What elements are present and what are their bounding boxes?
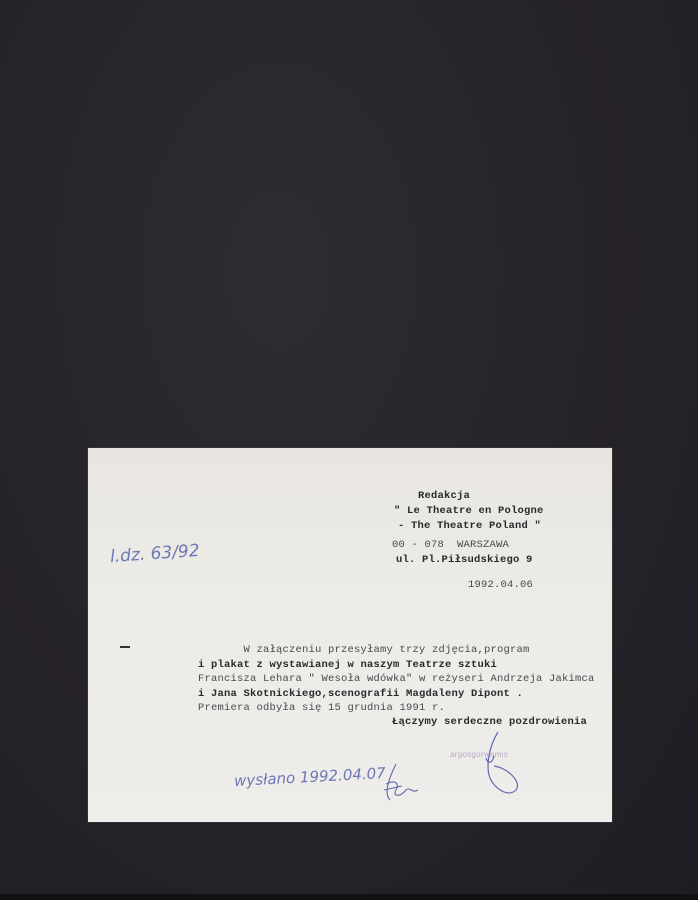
- body-line-1: W załączeniu przesyłamy trzy zdjęcia,pro…: [198, 644, 530, 657]
- recipient-line-5: ul. Pl.Piłsudskiego 9: [396, 554, 533, 567]
- initials-icon: [378, 760, 428, 810]
- recipient-line-4: 00 - 078 WARSZAWA: [392, 539, 509, 552]
- letter-date: 1992.04.06: [468, 579, 533, 592]
- recipient-line-1: Redakcja: [418, 490, 470, 503]
- letter-sheet: Redakcja " Le Theatre en Pologne - The T…: [88, 448, 612, 822]
- body-line-3: Francisza Lehara " Wesoła wdówka" w reży…: [198, 673, 595, 686]
- recipient-line-2: " Le Theatre en Pologne: [394, 505, 544, 518]
- body-line-5: Premiera odbyła się 15 grudnia 1991 r.: [198, 702, 445, 715]
- margin-mark: [120, 646, 130, 648]
- scanner-edge: [0, 894, 698, 900]
- recipient-line-3: - The Theatre Poland ": [398, 520, 541, 533]
- handwritten-sent-note: wysłano 1992.04.07: [234, 764, 387, 790]
- handwritten-reference: l.dz. 63/92: [109, 541, 200, 567]
- body-line-4: i Jana Skotnickiego,scenografii Magdalen…: [198, 688, 523, 701]
- signature-icon: [468, 728, 528, 798]
- body-line-2: i plakat z wystawianej w naszym Teatrze …: [198, 659, 497, 672]
